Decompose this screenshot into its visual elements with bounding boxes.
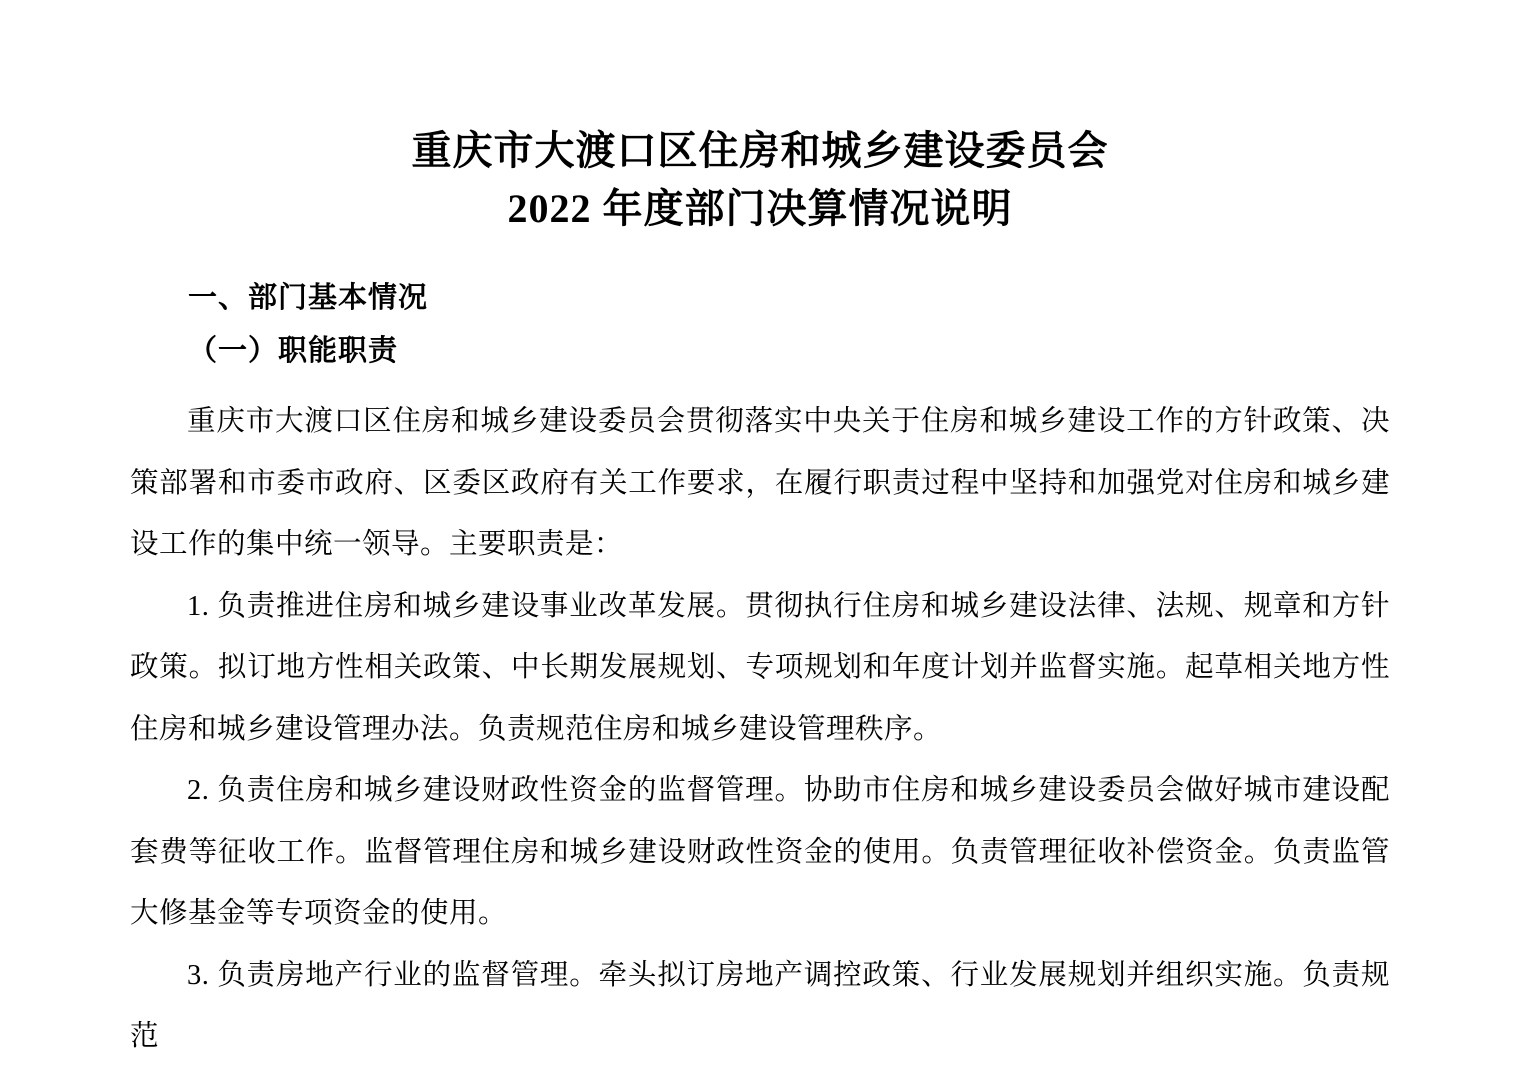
paragraph-duty-2: 2. 负责住房和城乡建设财政性资金的监督管理。协助市住房和城乡建设委员会做好城市… [130,760,1390,945]
document-title: 重庆市大渡口区住房和城乡建设委员会 2022 年度部门决算情况说明 [130,122,1390,238]
section-heading: 一、部门基本情况 [188,278,1390,318]
document-title-line-2: 2022 年度部门决算情况说明 [130,180,1390,238]
document-body: 重庆市大渡口区住房和城乡建设委员会贯彻落实中央关于住房和城乡建设工作的方针政策、… [130,391,1390,1068]
paragraph-intro: 重庆市大渡口区住房和城乡建设委员会贯彻落实中央关于住房和城乡建设工作的方针政策、… [130,391,1390,576]
subsection-heading: （一）职能职责 [188,331,1390,371]
paragraph-duty-3: 3. 负责房地产行业的监督管理。牵头拟订房地产调控政策、行业发展规划并组织实施。… [130,945,1390,1068]
document-title-line-1: 重庆市大渡口区住房和城乡建设委员会 [130,122,1390,180]
paragraph-duty-1: 1. 负责推进住房和城乡建设事业改革发展。贯彻执行住房和城乡建设法律、法规、规章… [130,576,1390,761]
document-page: 重庆市大渡口区住房和城乡建设委员会 2022 年度部门决算情况说明 一、部门基本… [0,0,1520,1074]
